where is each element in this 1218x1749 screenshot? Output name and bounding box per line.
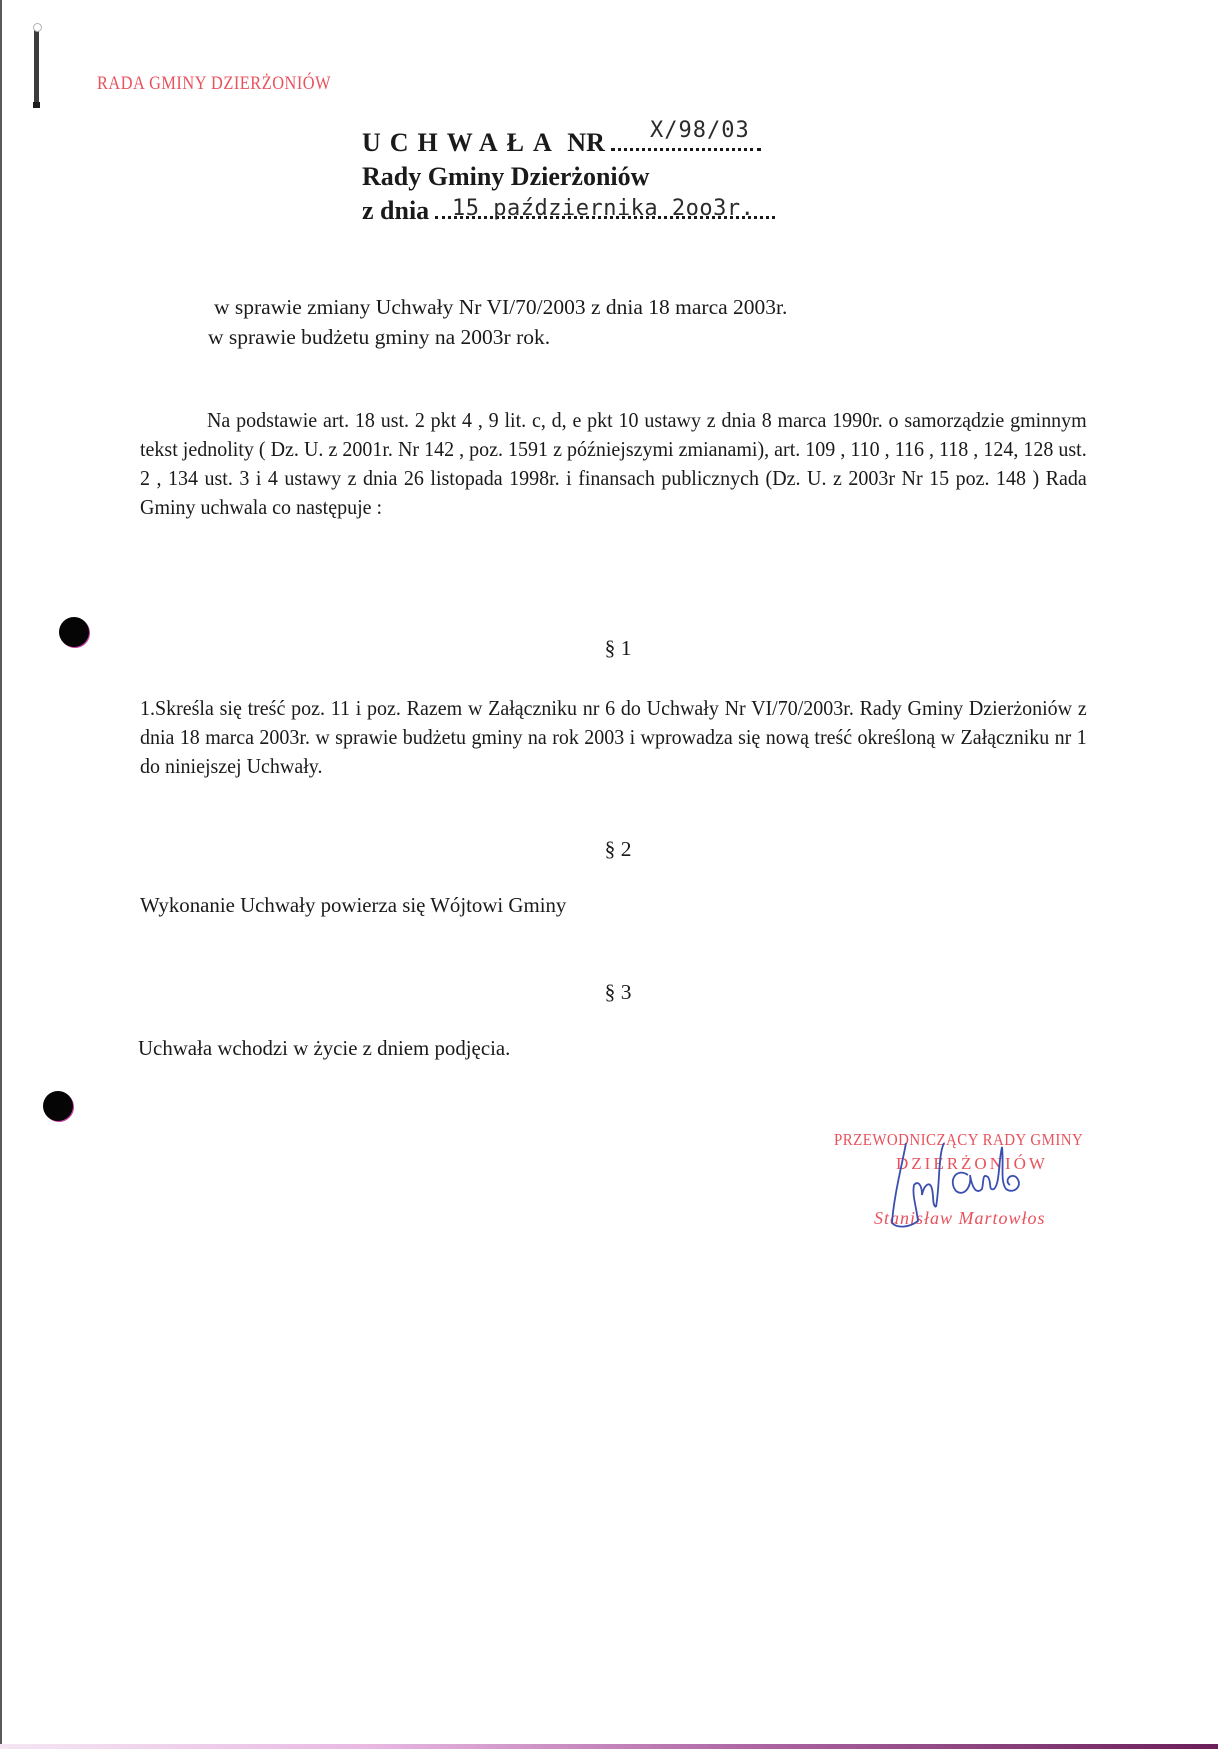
section-3-text: Uchwała wchodzi w życie z dniem podjęcia… bbox=[138, 1036, 510, 1061]
subject-line: w sprawie zmiany Uchwały Nr VI/70/2003 z… bbox=[214, 292, 787, 322]
section-1-text: 1.Skreśla się treść poz. 11 i poz. Razem… bbox=[140, 694, 1087, 781]
section-3-mark: § 3 bbox=[0, 980, 1218, 1005]
resolution-title-block: UCHWAŁA NR X/98/03 Rady Gminy Dzierżonió… bbox=[362, 128, 792, 230]
resolution-subject: w sprawie zmiany Uchwały Nr VI/70/2003 z… bbox=[214, 292, 787, 352]
legal-basis-paragraph: Na podstawie art. 18 ust. 2 pkt 4 , 9 li… bbox=[140, 406, 1087, 522]
punch-hole bbox=[43, 1091, 73, 1121]
resolution-date-line: z dnia 15 października 2oo3r. bbox=[362, 196, 792, 230]
legal-basis-text: Na podstawie art. 18 ust. 2 pkt 4 , 9 li… bbox=[140, 408, 1087, 519]
scan-bottom-edge bbox=[0, 1744, 1218, 1749]
chairman-signature-stamp: PRZEWODNICZĄCY RADY GMINY DZIERŻONIÓW St… bbox=[834, 1130, 1104, 1240]
resolution-number-line: UCHWAŁA NR X/98/03 bbox=[362, 128, 792, 162]
council-name: Rady Gminy Dzierżoniów bbox=[362, 162, 792, 196]
resolution-number: X/98/03 bbox=[650, 118, 750, 143]
subject-line: w sprawie budżetu gminy na 2003r rok. bbox=[208, 322, 787, 352]
resolution-date: 15 października 2oo3r. bbox=[452, 196, 754, 221]
council-header-stamp: RADA GMINY DZIERŻONIÓW bbox=[97, 73, 331, 95]
handwritten-signature-icon bbox=[884, 1125, 1064, 1235]
binder-clip-mark bbox=[34, 25, 39, 105]
section-1-mark: § 1 bbox=[0, 636, 1218, 661]
nr-label: NR bbox=[567, 128, 605, 157]
section-2-mark: § 2 bbox=[0, 837, 1218, 862]
date-label: z dnia bbox=[362, 196, 429, 225]
section-2-text: Wykonanie Uchwały powierza się Wójtowi G… bbox=[140, 893, 566, 918]
scan-left-edge bbox=[0, 0, 2, 1749]
resolution-label: UCHWAŁA bbox=[362, 128, 561, 157]
